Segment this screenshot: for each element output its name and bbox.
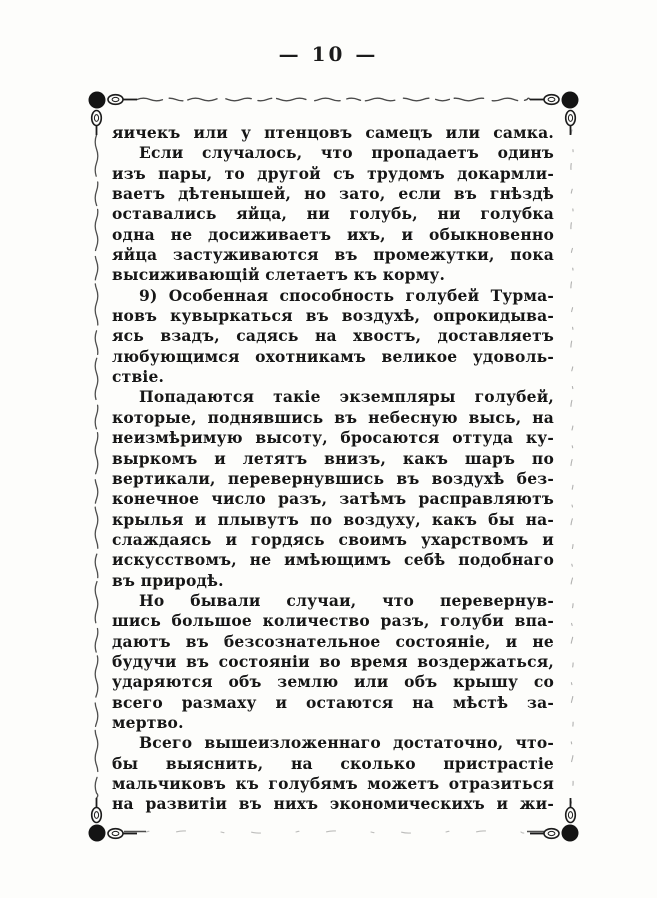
text-line: мальчиковъ къ голубямъ можетъ отразиться bbox=[112, 774, 554, 794]
text-line: даютъ въ безсознательное состояніе, и не bbox=[112, 632, 554, 652]
text-line: ваетъ дѣтенышей, но зато, если въ гнѣздѣ bbox=[112, 184, 554, 204]
text-line: оставались яйца, ни голубь, ни голубка bbox=[112, 204, 554, 224]
text-line: 9) Особенная способность голубей Турма- bbox=[112, 286, 554, 306]
text-line: любующимся охотникамъ великое удоволь- bbox=[112, 347, 554, 367]
text-line: бы выяснить, на сколько пристрастіе bbox=[112, 754, 554, 774]
frame-border-right bbox=[571, 130, 573, 808]
text-line: которые, поднявшись въ небесную высь, на bbox=[112, 408, 554, 428]
frame-border-bottom bbox=[146, 831, 527, 833]
frame-border-left bbox=[95, 135, 98, 798]
text-line: искусствомъ, не имѣющимъ себѣ подобнаго bbox=[112, 550, 554, 570]
text-line: Всего вышеизложеннаго достаточно, что- bbox=[112, 733, 554, 753]
text-line: слаждаясь и гордясь своимъ ухарствомъ и bbox=[112, 530, 554, 550]
text-line: крылья и плывутъ по воздуху, какъ бы на- bbox=[112, 510, 554, 530]
text-line: вертикали, перевернувшись въ воздухѣ без… bbox=[112, 469, 554, 489]
text-line: на развитіи въ нихъ экономическихъ и жи- bbox=[112, 794, 554, 814]
text-line: яичекъ или у птенцовъ самецъ или самка. bbox=[112, 123, 554, 143]
text-line: ясь взадъ, садясь на хвостъ, доставляетъ bbox=[112, 326, 554, 346]
text-line: неизмѣримую высоту, бросаются оттуда ку- bbox=[112, 428, 554, 448]
text-line: ствіе. bbox=[112, 367, 554, 387]
text-line: всего размаху и остаются на мѣстѣ за- bbox=[112, 693, 554, 713]
text-line: ударяются объ землю или объ крышу со bbox=[112, 672, 554, 692]
text-line: мертво. bbox=[112, 713, 554, 733]
text-line: Но бывали случаи, что перевернув- bbox=[112, 591, 554, 611]
text-block: яичекъ или у птенцовъ самецъ или самка.Е… bbox=[112, 123, 554, 815]
text-line: будучи въ состояніи во время воздержатьс… bbox=[112, 652, 554, 672]
text-line: изъ пары, то другой съ трудомъ докармли- bbox=[112, 164, 554, 184]
text-line: новъ кувыркаться въ воздухѣ, опрокидыва- bbox=[112, 306, 554, 326]
text-line: одна не досиживаетъ ихъ, и обыкновенно bbox=[112, 225, 554, 245]
text-line: шись большое количество разъ, голуби впа… bbox=[112, 611, 554, 631]
frame-border-top bbox=[137, 98, 530, 101]
text-line: Попадаются такіе экземпляры голубей, bbox=[112, 387, 554, 407]
text-line: конечное число разъ, затѣмъ расправляютъ bbox=[112, 489, 554, 509]
text-line: Если случалось, что пропадаетъ одинъ bbox=[112, 143, 554, 163]
text-line: въ природѣ. bbox=[112, 571, 554, 591]
text-line: яйца застуживаются въ промежутки, пока bbox=[112, 245, 554, 265]
text-line: высиживающій слетаетъ къ корму. bbox=[112, 265, 554, 285]
text-line: выркомъ и летятъ внизъ, какъ шаръ по bbox=[112, 449, 554, 469]
